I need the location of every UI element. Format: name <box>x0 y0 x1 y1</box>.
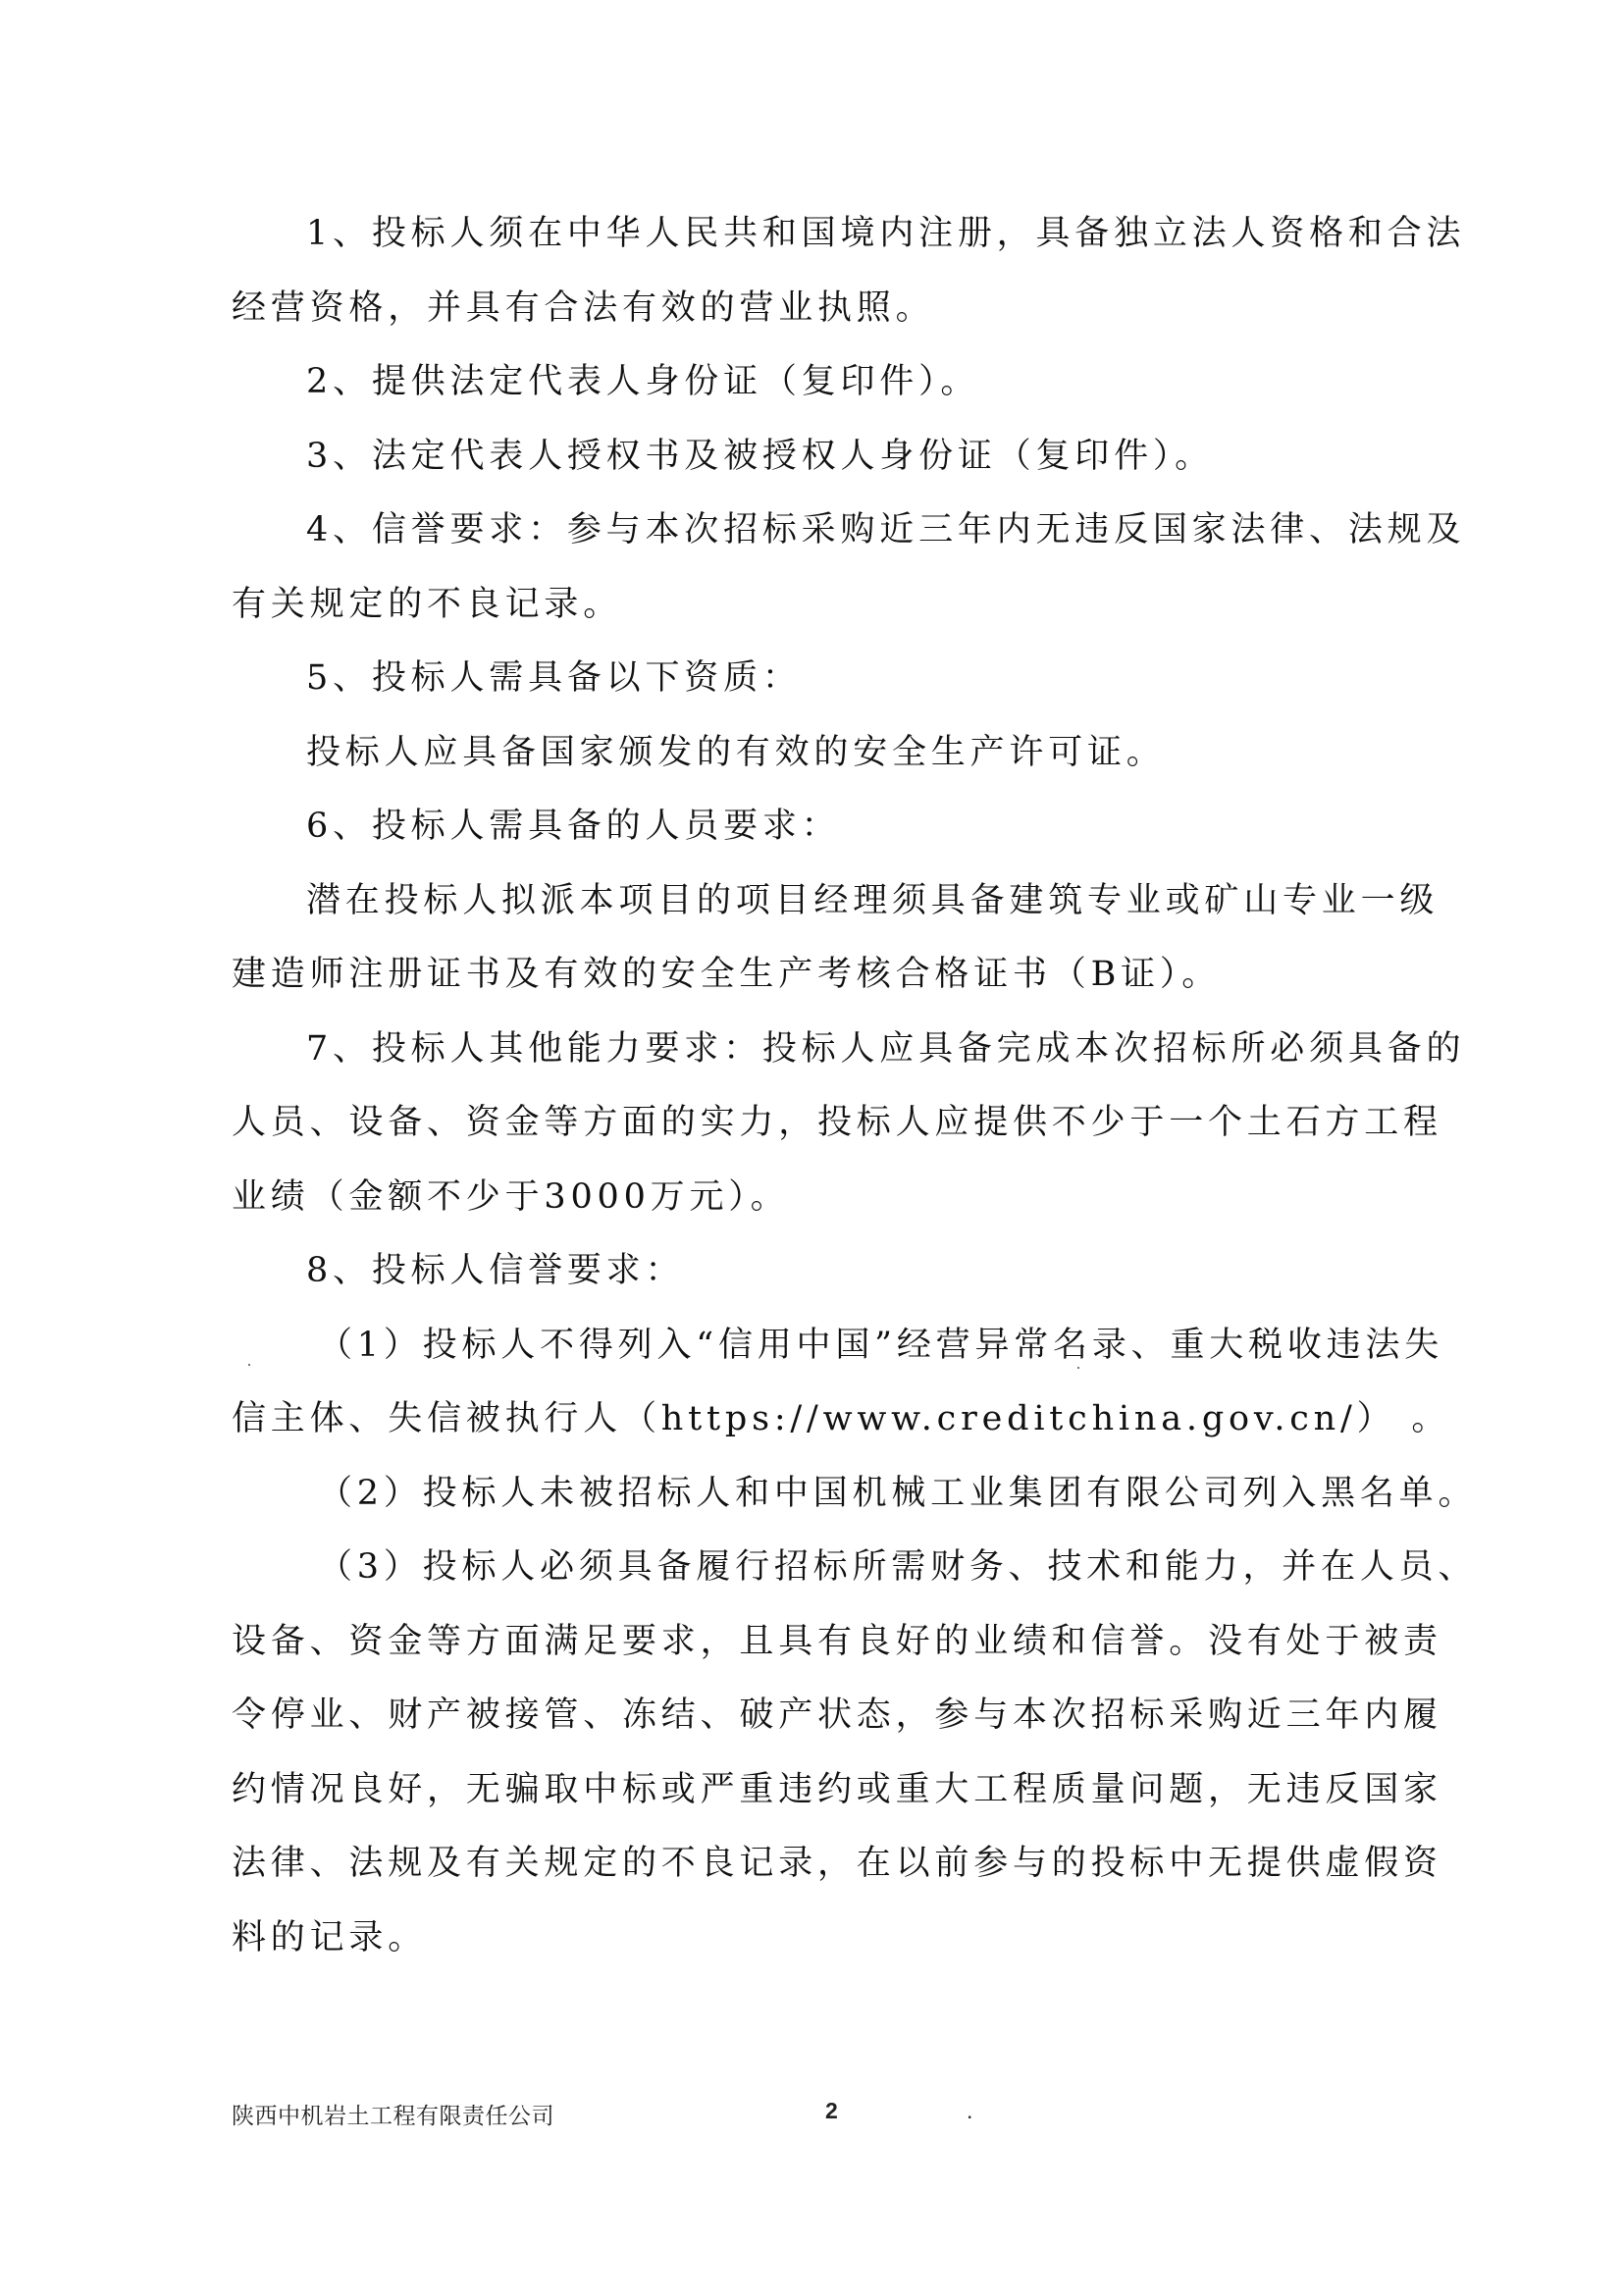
clause-7-line-2: 人员、设备、资金等方面的实力，投标人应提供不少于一个土石方工程 <box>232 1093 1433 1168</box>
clause-5-heading: 5、投标人需具备以下资质： <box>232 649 1433 723</box>
clause-6-body-line-1: 潜在投标人拟派本项目的项目经理须具备建筑专业或矿山专业一级 <box>232 871 1433 946</box>
clause-4-line-1: 4、信誉要求：参与本次招标采购近三年内无违反国家法律、法规及 <box>232 500 1433 575</box>
clause-7-line-1: 7、投标人其他能力要求：投标人应具备完成本次招标所必须具备的 <box>232 1019 1433 1094</box>
clause-8-heading: 8、投标人信誉要求： <box>232 1241 1433 1316</box>
clause-8-1-line-2: 信主体、失信被执行人（https://www.creditchina.gov.c… <box>232 1389 1433 1464</box>
footer-company-name: 陕西中机岩土工程有限责任公司 <box>232 2098 554 2130</box>
clause-8-3-line-6: 料的记录。 <box>232 1908 1433 1983</box>
clause-8-2: （2）投标人未被招标人和中国机械工业集团有限公司列入黑名单。 <box>232 1464 1433 1539</box>
clause-6-heading: 6、投标人需具备的人员要求： <box>232 797 1433 871</box>
clause-8-3-line-1: （3）投标人必须具备履行招标所需财务、技术和能力，并在人员、 <box>232 1538 1433 1612</box>
clause-8-3-line-4: 约情况良好，无骗取中标或严重违约或重大工程质量问题，无违反国家 <box>232 1760 1433 1835</box>
clause-8-3-line-3: 令停业、财产被接管、冻结、破产状态，参与本次招标采购近三年内履 <box>232 1686 1433 1760</box>
footer-page-number: 2 <box>825 2098 838 2124</box>
clause-5-body: 投标人应具备国家颁发的有效的安全生产许可证。 <box>232 723 1433 798</box>
clause-3: 3、法定代表人授权书及被授权人身份证（复印件）。 <box>232 427 1433 501</box>
clause-4-line-2: 有关规定的不良记录。 <box>232 575 1433 650</box>
document-body: 1、投标人须在中华人民共和国境内注册，具备独立法人资格和合法 经营资格，并具有合… <box>232 204 1433 1982</box>
clause-1-line-1: 1、投标人须在中华人民共和国境内注册，具备独立法人资格和合法 <box>232 204 1433 279</box>
clause-1-line-2: 经营资格，并具有合法有效的营业执照。 <box>232 279 1433 353</box>
footer-dot: . <box>967 2098 972 2124</box>
clause-8-3-line-5: 法律、法规及有关规定的不良记录，在以前参与的投标中无提供虚假资 <box>232 1834 1433 1908</box>
page-footer: 陕西中机岩土工程有限责任公司 2 . <box>232 2098 1433 2127</box>
document-page: 1、投标人须在中华人民共和国境内注册，具备独立法人资格和合法 经营资格，并具有合… <box>0 0 1623 2296</box>
clause-6-body-line-2: 建造师注册证书及有效的安全生产考核合格证书（B证）。 <box>232 945 1433 1019</box>
clause-8-1-line-1: （1）投标人不得列入“信用中国”经营异常名录、重大税收违法失 <box>232 1316 1433 1390</box>
clause-2: 2、提供法定代表人身份证（复印件）。 <box>232 352 1433 427</box>
clause-8-3-line-2: 设备、资金等方面满足要求，且具有良好的业绩和信誉。没有处于被责 <box>232 1612 1433 1687</box>
clause-7-line-3: 业绩（金额不少于3000万元）。 <box>232 1168 1433 1242</box>
